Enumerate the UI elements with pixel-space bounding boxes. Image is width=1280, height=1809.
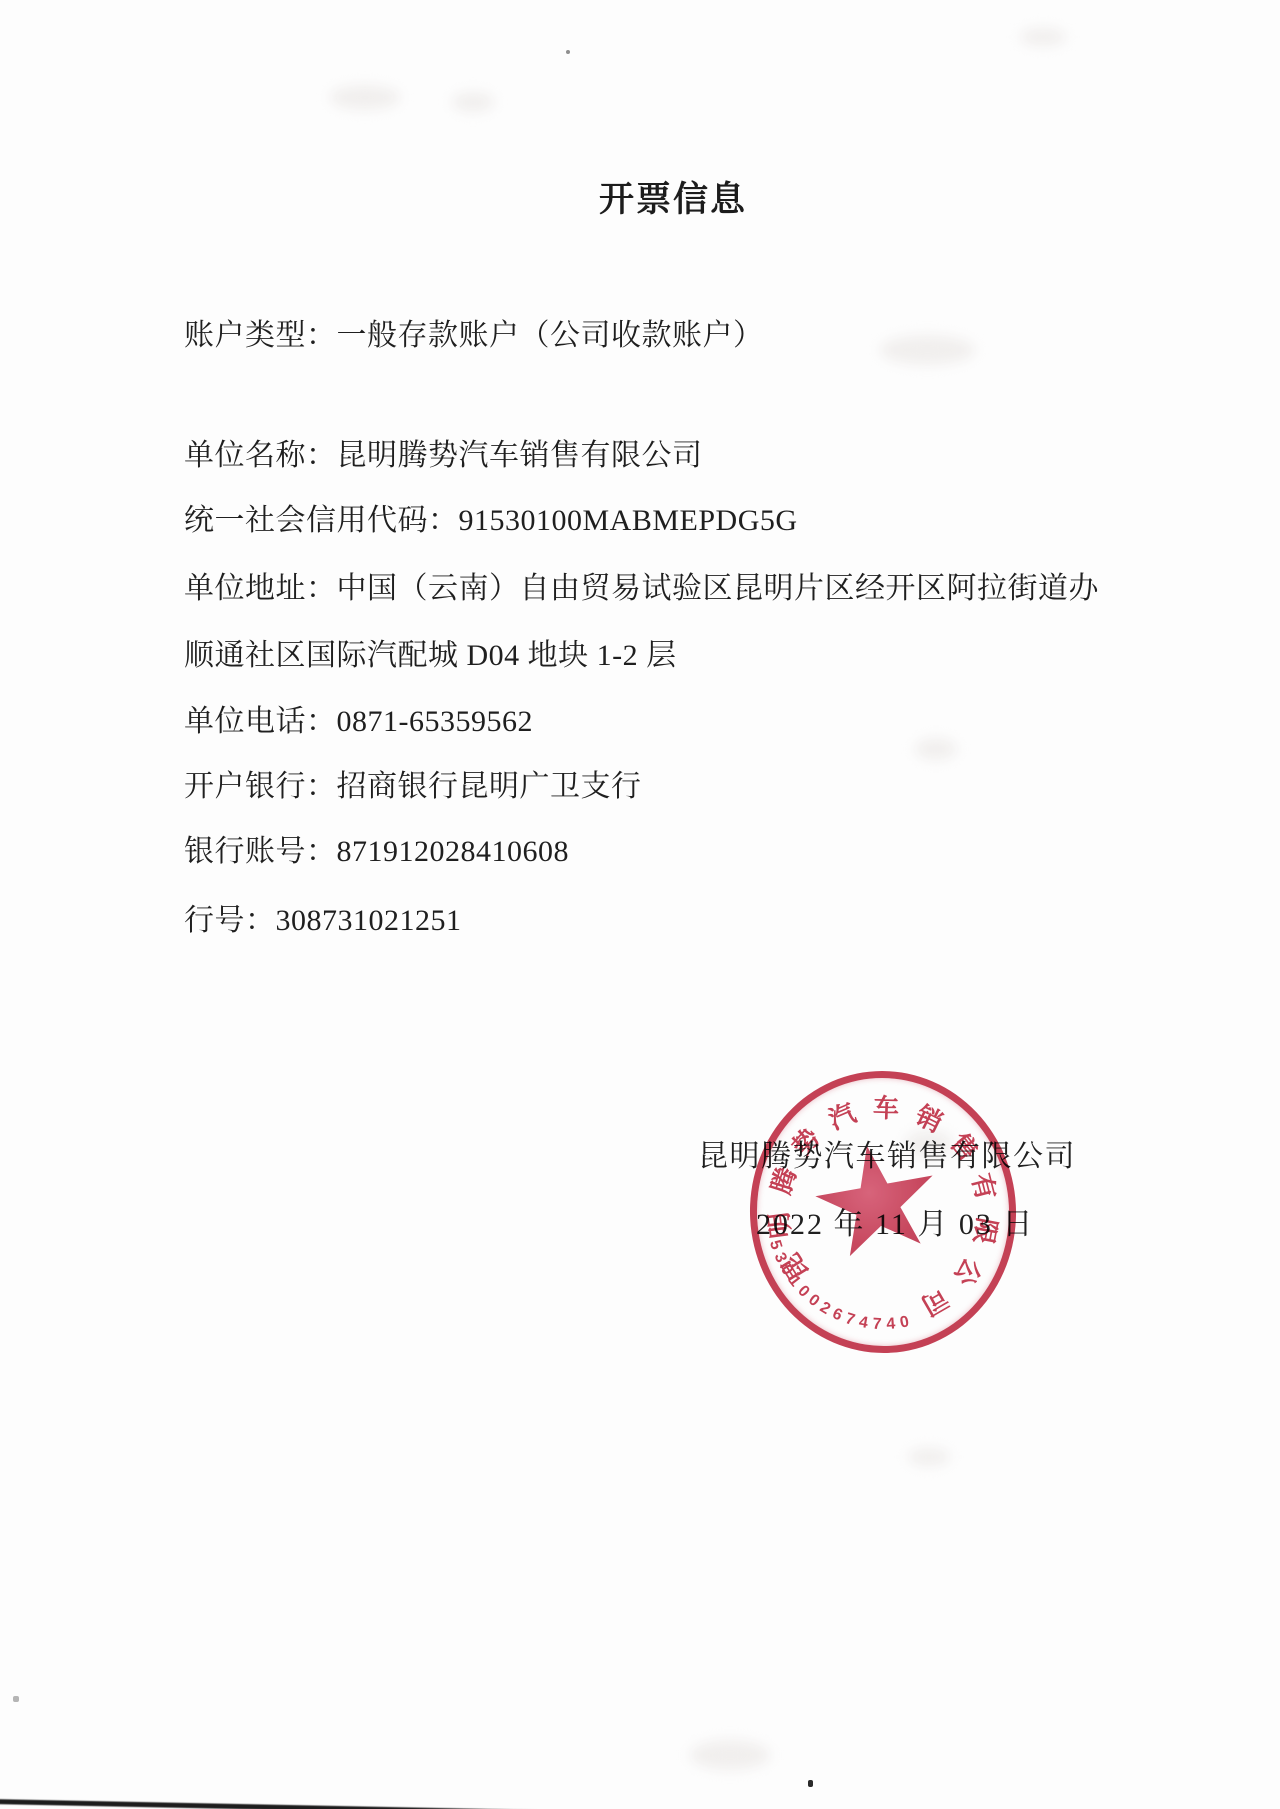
seal-serial-digit: 0 — [894, 1311, 915, 1334]
address-line-2: 顺通社区国际汽配城 D04 地块 1-2 层 — [184, 630, 677, 674]
bank-account-line: 银行账号：871912028410608 — [184, 826, 569, 870]
seal-ring-char: 车 — [872, 1092, 901, 1121]
company-seal: 昆明腾势汽车销售有限公司 5301002674740 — [747, 1068, 1019, 1356]
scan-smudge — [1020, 28, 1066, 46]
scan-smudge — [452, 92, 494, 112]
scan-smudge — [690, 1740, 770, 1770]
bank-number-line: 行号：308731021251 — [184, 895, 462, 939]
address-line-1: 单位地址：中国（云南）自由贸易试验区昆明片区经开区阿拉街道办 — [184, 563, 1099, 607]
scan-smudge — [915, 738, 957, 760]
page-title: 开票信息 — [599, 172, 747, 222]
scan-smudge — [908, 1448, 950, 1466]
company-name-line: 单位名称：昆明腾势汽车销售有限公司 — [184, 430, 703, 474]
scan-speck — [566, 50, 570, 54]
scan-smudge — [330, 85, 400, 110]
seal-ring-char: 限 — [971, 1215, 1004, 1248]
bank-name-line: 开户银行：招商银行昆明广卫支行 — [184, 761, 642, 805]
scanned-invoice-info-page: { "document": { "title": "开票信息", "accoun… — [0, 0, 1280, 1809]
account-type-line: 账户类型：一般存款账户（公司收款账户） — [184, 310, 764, 354]
scan-smudge — [880, 335, 975, 365]
credit-code-line: 统一社会信用代码：91530100MABMEPDG5G — [184, 495, 798, 539]
phone-line: 单位电话：0871-65359562 — [184, 696, 533, 740]
scan-speck — [13, 1696, 19, 1702]
scan-speck — [808, 1780, 813, 1787]
paper-edge-line — [0, 1799, 550, 1809]
